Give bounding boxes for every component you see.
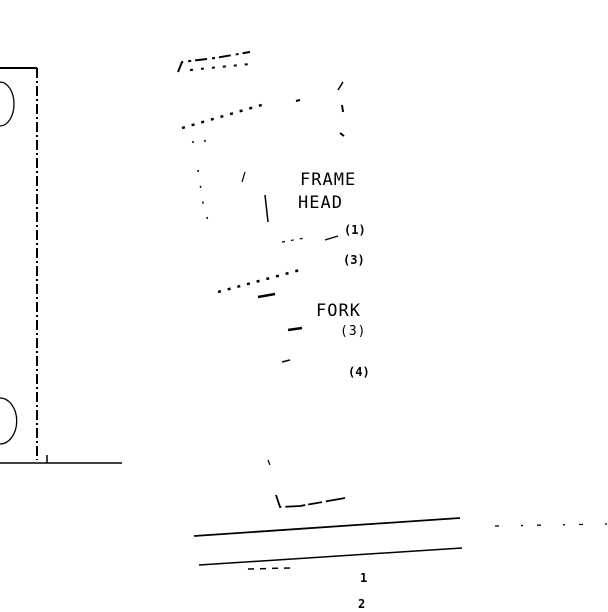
label-ref-a: (1): [344, 224, 366, 236]
label-frame: FRAME: [300, 172, 356, 189]
head-tube-sketch: [178, 52, 345, 507]
drawing-canvas: [0, 0, 608, 612]
label-ref-b: (3): [343, 254, 365, 266]
label-ref-c: (4): [348, 366, 370, 378]
label-fork-ref: (3): [340, 325, 366, 338]
label-fork: FORK: [316, 303, 361, 320]
label-head: HEAD: [298, 195, 343, 212]
reference-numeral-2: 2: [358, 598, 365, 610]
reference-numeral-1: 1: [360, 572, 367, 584]
ground-lines: [194, 518, 608, 569]
left-frame-block: [0, 68, 122, 463]
